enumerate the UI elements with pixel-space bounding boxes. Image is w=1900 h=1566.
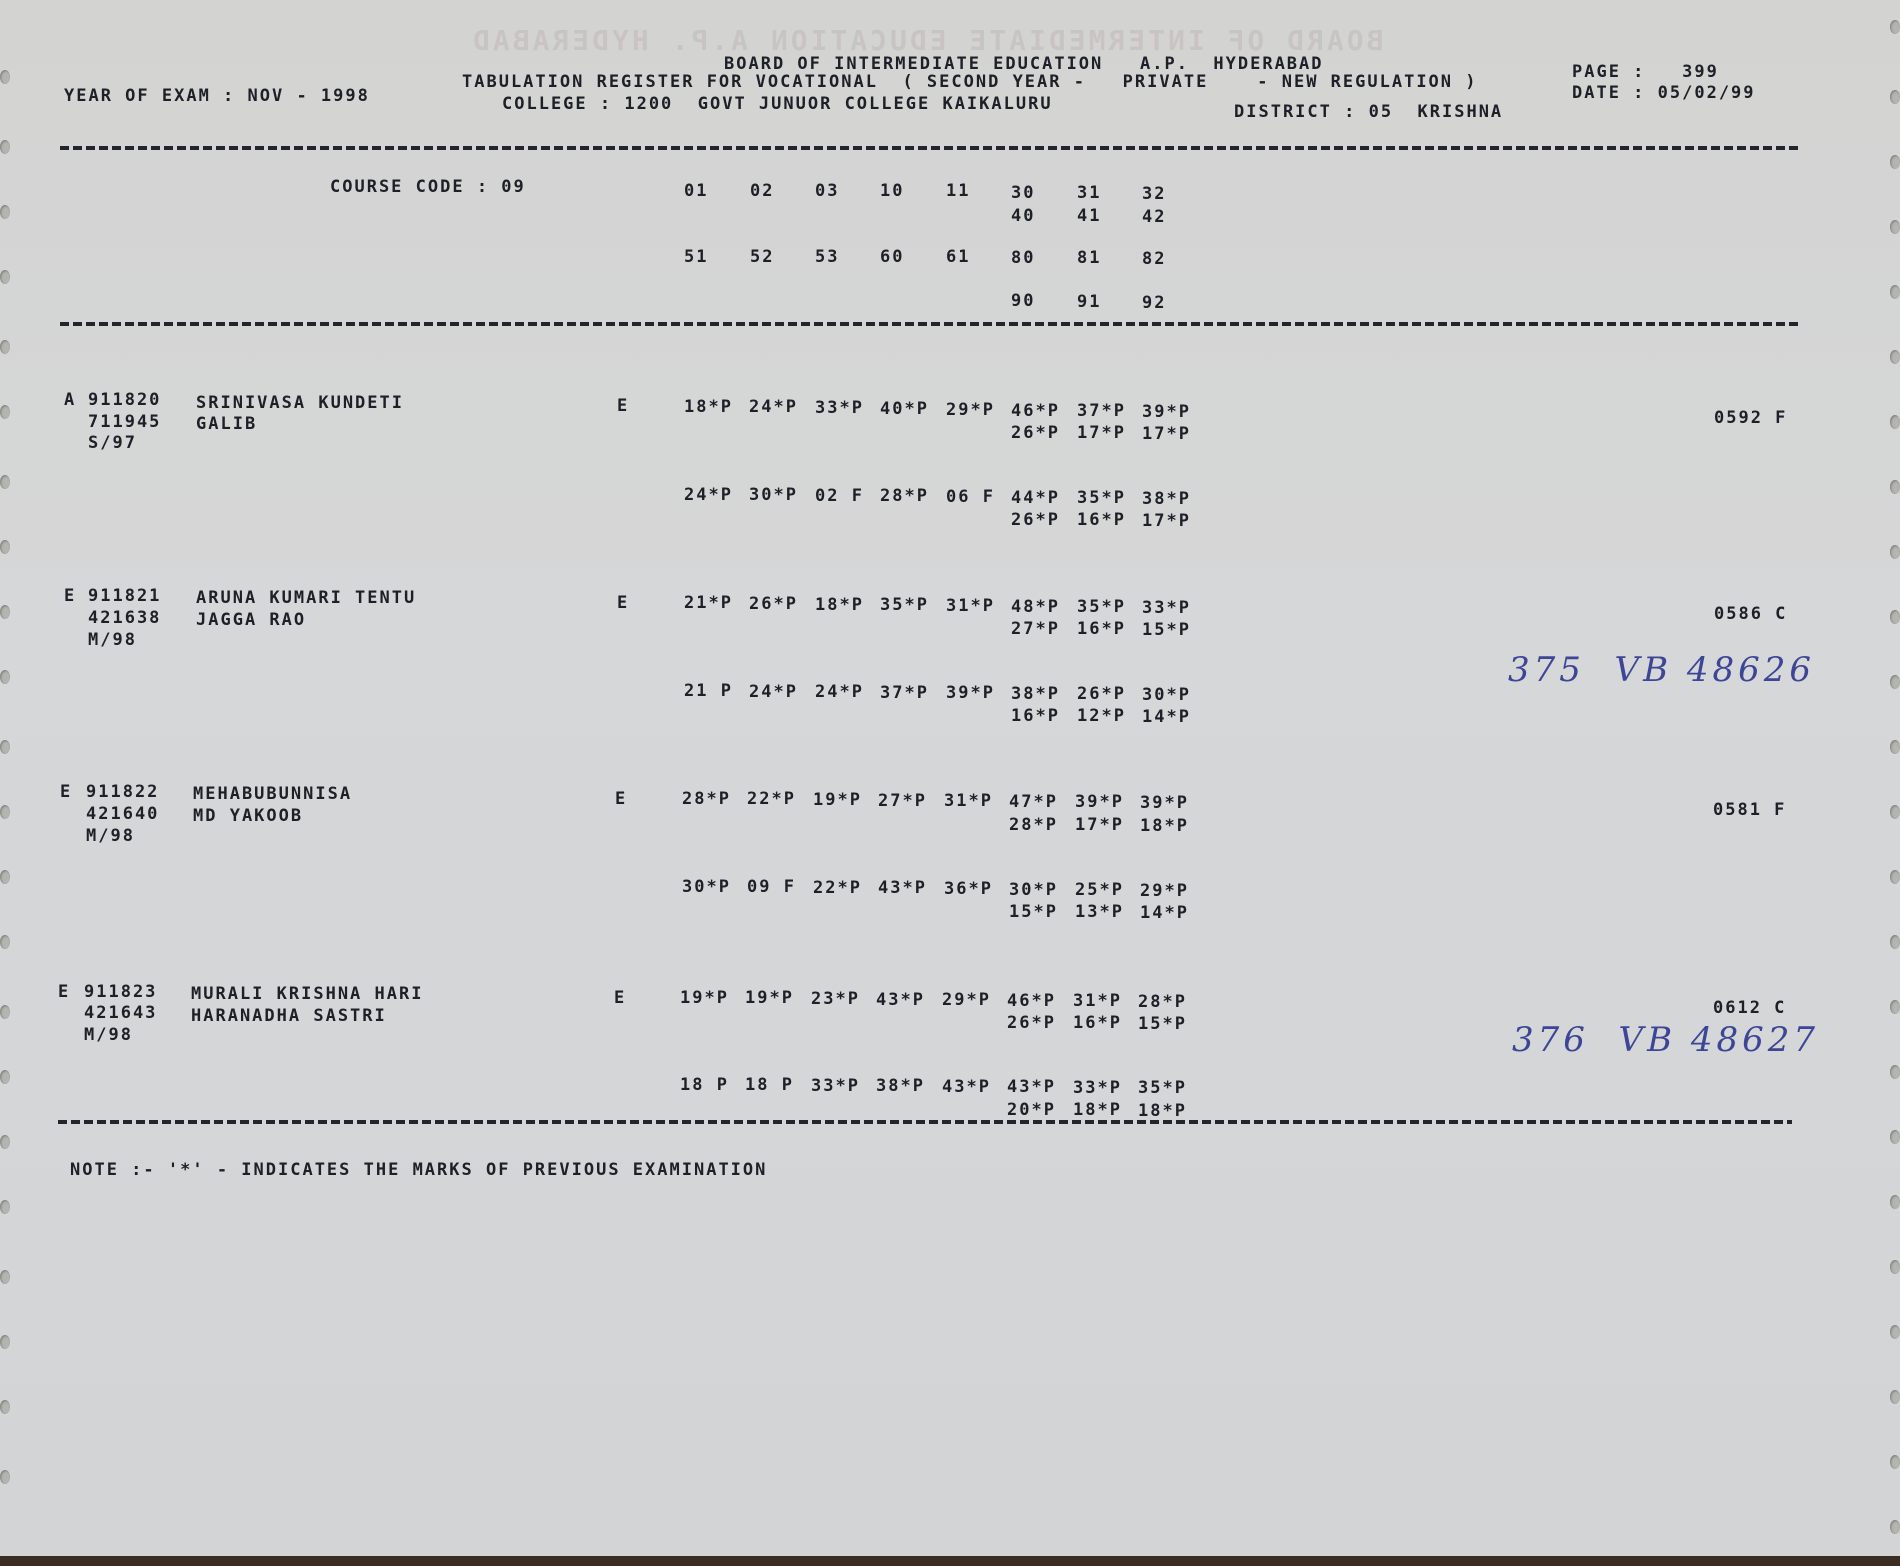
mark: 35*P [1077,488,1126,508]
mark: 17*P [1075,815,1124,835]
subject-code: 02 [750,181,774,201]
mark: 28*P [1009,815,1058,835]
mark: 24*P [684,485,733,505]
header-divider [60,146,1800,150]
roll-number: 421638 [88,608,161,628]
mark: 27*P [1011,619,1060,639]
subject-code: 03 [815,181,839,201]
mark: 24*P [815,682,864,702]
roll-number: 421643 [84,1003,157,1023]
mark: 19*P [813,790,862,810]
mark: 28*P [880,486,929,506]
mark: 35*P [1138,1078,1187,1098]
medium: E [617,396,629,416]
medium: E [617,593,629,613]
mark: 39*P [1140,793,1189,813]
mark: 30*P [1142,685,1191,705]
mark: 29*P [1140,881,1189,901]
mark: 31*P [944,791,993,811]
mark: 16*P [1077,510,1126,530]
bleed-through-text: BOARD OF INTERMEDIATE EDUCATION A.P. HYD… [470,24,1383,57]
mark: 26*P [1011,423,1060,443]
subject-code: 10 [880,181,904,201]
mark: 27*P [878,791,927,811]
subject-code: 01 [684,181,708,201]
subject-code: 11 [946,181,970,201]
mark: 22*P [747,789,796,809]
mark: 09 F [747,877,796,897]
mark: 43*P [876,990,925,1010]
mark: 37*P [1077,401,1126,421]
mark: 21*P [684,593,733,613]
session: M/98 [86,826,135,846]
print-date: DATE : 05/02/99 [1572,83,1756,103]
mark: 47*P [1009,792,1058,812]
session: S/97 [88,433,137,453]
mark: 26*P [1011,510,1060,530]
mark: 29*P [942,990,991,1010]
mark: 38*P [876,1076,925,1096]
mark: 35*P [1077,597,1126,617]
mark: 26*P [1077,684,1126,704]
subject-code: 32 [1142,184,1166,204]
subject-code: 60 [880,247,904,267]
mark: 36*P [944,879,993,899]
handwritten-annotation: 376 VB 48627 [1512,1020,1819,1060]
mark: 29*P [946,400,995,420]
subject-code: 91 [1077,292,1101,312]
reg-number: 911821 [88,586,161,606]
college-line: COLLEGE : 1200 GOVT JUNUOR COLLEGE KAIKA… [502,94,1053,114]
mark: 14*P [1140,903,1189,923]
father-name: HARANADHA SASTRI [191,1006,387,1026]
mark: 20*P [1007,1100,1056,1120]
mark: 12*P [1077,706,1126,726]
mark: 43*P [1007,1077,1056,1097]
mark: 18*P [815,595,864,615]
year-of-exam: YEAR OF EXAM : NOV - 1998 [64,86,370,106]
mark: 18 P [745,1075,794,1095]
mark: 17*P [1142,424,1191,444]
footer-divider [58,1120,1792,1124]
handwritten-annotation: 375 VB 48626 [1508,650,1815,690]
mark: 17*P [1142,511,1191,531]
father-name: MD YAKOOB [193,806,303,826]
page-number: PAGE : 399 [1572,62,1719,82]
mark: 39*P [1075,792,1124,812]
board-title: BOARD OF INTERMEDIATE EDUCATION A.P. HYD… [724,54,1324,74]
student-name: MEHABUBUNNISA [193,784,352,804]
subject-code: 40 [1011,206,1035,226]
session: M/98 [88,630,137,650]
course-code-label: COURSE CODE : 09 [330,177,526,197]
mark: 24*P [749,397,798,417]
footer-note: NOTE :- '*' - INDICATES THE MARKS OF PRE… [70,1160,767,1180]
mark: 17*P [1077,423,1126,443]
mark: 19*P [745,988,794,1008]
subject-code: 42 [1142,207,1166,227]
mark: 02 F [815,486,864,506]
subject-code: 80 [1011,248,1035,268]
mark: 48*P [1011,597,1060,617]
mark: 40*P [880,399,929,419]
mark: 44*P [1011,488,1060,508]
father-name: GALIB [196,414,257,434]
mark: 33*P [1073,1078,1122,1098]
mark: 39*P [1142,402,1191,422]
mark: 38*P [1142,489,1191,509]
paper-bottom-edge [0,1556,1900,1566]
student-name: ARUNA KUMARI TENTU [196,588,416,608]
mark: 43*P [942,1077,991,1097]
mark: 14*P [1142,707,1191,727]
mark: 21 P [684,681,733,701]
mark: 30*P [1009,880,1058,900]
mark: 16*P [1073,1013,1122,1033]
mark: 30*P [749,485,798,505]
mark: 38*P [1011,684,1060,704]
mark: 18*P [1073,1100,1122,1120]
district-line: DISTRICT : 05 KRISHNA [1234,102,1503,122]
mark: 15*P [1009,902,1058,922]
mark: 28*P [682,789,731,809]
mark: 33*P [811,1076,860,1096]
subject-code: 31 [1077,183,1101,203]
tabulation-register-page: BOARD OF INTERMEDIATE EDUCATION A.P. HYD… [0,0,1900,1566]
mark: 16*P [1011,706,1060,726]
mark: 31*P [1073,991,1122,1011]
mark: 19*P [680,988,729,1008]
category: E [58,982,70,1002]
father-name: JAGGA RAO [196,610,306,630]
mark: 16*P [1077,619,1126,639]
mark: 43*P [878,878,927,898]
roll-number: 421640 [86,804,159,824]
category: E [64,586,76,606]
medium: E [615,789,627,809]
mark: 39*P [946,683,995,703]
session: M/98 [84,1025,133,1045]
mark: 37*P [880,683,929,703]
mark: 18*P [1140,816,1189,836]
subject-code: 53 [815,247,839,267]
mark: 25*P [1075,880,1124,900]
subject-code: 92 [1142,293,1166,313]
subject-code: 61 [946,247,970,267]
subject-code: 81 [1077,248,1101,268]
mark: 33*P [1142,598,1191,618]
mark: 46*P [1011,401,1060,421]
mark: 35*P [880,595,929,615]
mark: 15*P [1142,620,1191,640]
subject-code: 82 [1142,249,1166,269]
mark: 18*P [684,397,733,417]
register-title: TABULATION REGISTER FOR VOCATIONAL ( SEC… [462,72,1478,92]
mark: 30*P [682,877,731,897]
roll-number: 711945 [88,412,161,432]
mark: 06 F [946,487,995,507]
mark: 46*P [1007,991,1056,1011]
total-and-result: 0612 C [1713,998,1786,1018]
subject-code: 52 [750,247,774,267]
total-and-result: 0592 F [1714,408,1787,428]
reg-number: 911820 [88,390,161,410]
mark: 31*P [946,596,995,616]
mark: 18 P [680,1075,729,1095]
subject-code: 51 [684,247,708,267]
mark: 15*P [1138,1014,1187,1034]
category: A [64,390,76,410]
reg-number: 911822 [86,782,159,802]
mark: 28*P [1138,992,1187,1012]
mark: 13*P [1075,902,1124,922]
mark: 24*P [749,682,798,702]
student-name: SRINIVASA KUNDETI [196,393,404,413]
mark: 26*P [1007,1013,1056,1033]
mark: 23*P [811,989,860,1009]
total-and-result: 0581 F [1713,800,1786,820]
mark: 33*P [815,398,864,418]
mark: 22*P [813,878,862,898]
student-name: MURALI KRISHNA HARI [191,984,423,1004]
category: E [60,782,72,802]
mark: 26*P [749,594,798,614]
course-divider [60,322,1800,326]
medium: E [614,988,626,1008]
total-and-result: 0586 C [1714,604,1787,624]
subject-code: 41 [1077,206,1101,226]
mark: 18*P [1138,1101,1187,1121]
reg-number: 911823 [84,982,157,1002]
subject-code: 30 [1011,183,1035,203]
subject-code: 90 [1011,291,1035,311]
